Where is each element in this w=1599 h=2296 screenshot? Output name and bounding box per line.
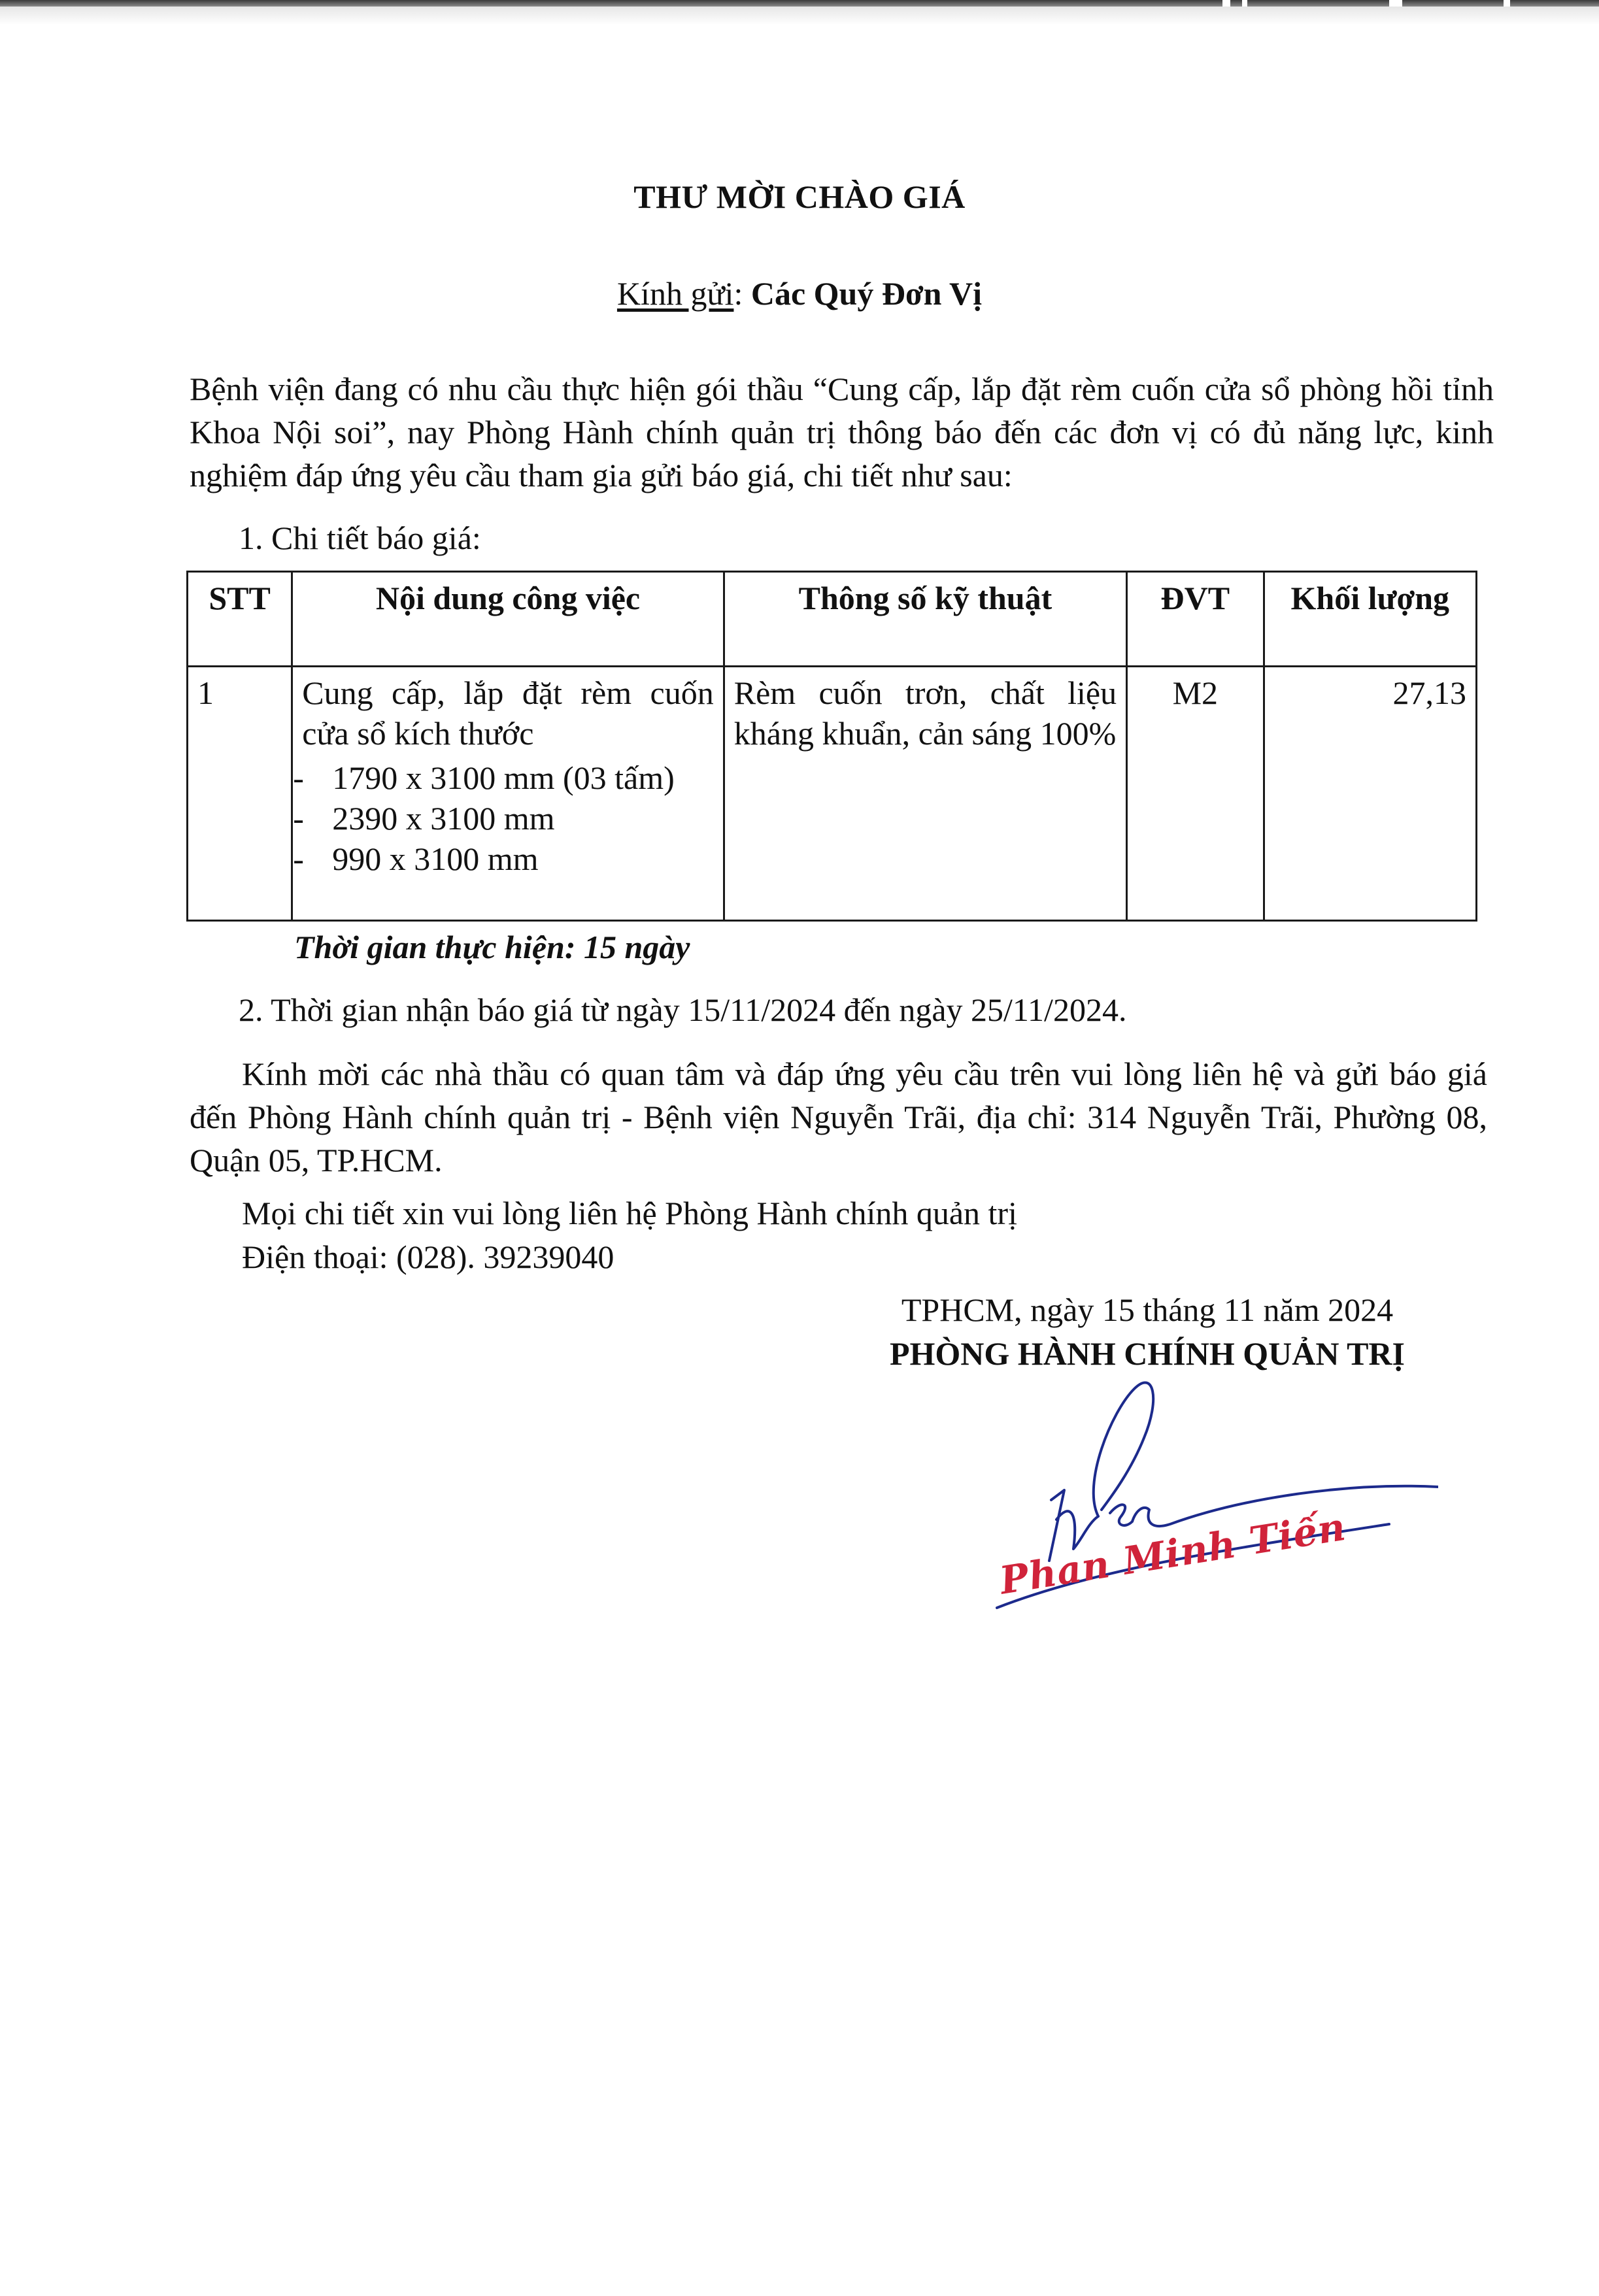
date-line: TPHCM, ngày 15 tháng 11 năm 2024	[853, 1291, 1441, 1329]
header-quantity: Khối lượng	[1264, 572, 1476, 667]
invitation-paragraph: Kính mời các nhà thầu có quan tâm và đáp…	[190, 1052, 1487, 1182]
header-content: Nội dung công việc	[292, 572, 724, 667]
list-item: 2390 x 3100 mm	[293, 798, 714, 839]
list-item: 990 x 3100 mm	[293, 839, 714, 879]
list-item: 1790 x 3100 mm (03 tấm)	[293, 757, 714, 798]
cell-stt: 1	[188, 667, 292, 921]
cell-unit: M2	[1127, 667, 1264, 921]
content-title: Cung cấp, lắp đặt rèm cuốn cửa sổ kích t…	[302, 673, 714, 754]
scan-shadow	[0, 7, 1599, 25]
section-2: 2. Thời gian nhận báo giá từ ngày 15/11/…	[239, 988, 1126, 1031]
salutation-label: Kính gửi	[617, 275, 734, 312]
document-title: THƯ MỜI CHÀO GIÁ	[0, 178, 1599, 216]
contact-detail: Mọi chi tiết xin vui lòng liên hệ Phòng …	[242, 1191, 1017, 1235]
table-header-row: STT Nội dung công việc Thông số kỹ thuật…	[188, 572, 1477, 667]
scan-edge-top	[0, 0, 1599, 7]
signature-icon	[902, 1353, 1438, 1667]
header-stt: STT	[188, 572, 292, 667]
cell-quantity: 27,13	[1264, 667, 1476, 921]
salutation-separator: :	[733, 275, 750, 312]
cell-content: Cung cấp, lắp đặt rèm cuốn cửa sổ kích t…	[292, 667, 724, 921]
header-unit: ĐVT	[1127, 572, 1264, 667]
salutation-recipient: Các Quý Đơn Vị	[751, 275, 982, 312]
section-1-heading: 1. Chi tiết báo giá:	[239, 516, 481, 559]
header-spec: Thông số kỹ thuật	[724, 572, 1126, 667]
cell-spec: Rèm cuốn trơn, chất liệu kháng khuẩn, cả…	[724, 667, 1126, 921]
size-list: 1790 x 3100 mm (03 tấm) 2390 x 3100 mm 9…	[293, 757, 714, 879]
duration-note: Thời gian thực hiện: 15 ngày	[294, 928, 690, 966]
spec-text: Rèm cuốn trơn, chất liệu kháng khuẩn, cả…	[734, 673, 1117, 754]
intro-paragraph: Bệnh viện đang có nhu cầu thực hiện gói …	[190, 367, 1494, 497]
salutation: Kính gửi: Các Quý Đơn Vị	[0, 275, 1599, 312]
quote-table: STT Nội dung công việc Thông số kỹ thuật…	[186, 571, 1477, 922]
table-row: 1 Cung cấp, lắp đặt rèm cuốn cửa sổ kích…	[188, 667, 1477, 921]
phone-number: Điện thoại: (028). 39239040	[242, 1235, 614, 1278]
